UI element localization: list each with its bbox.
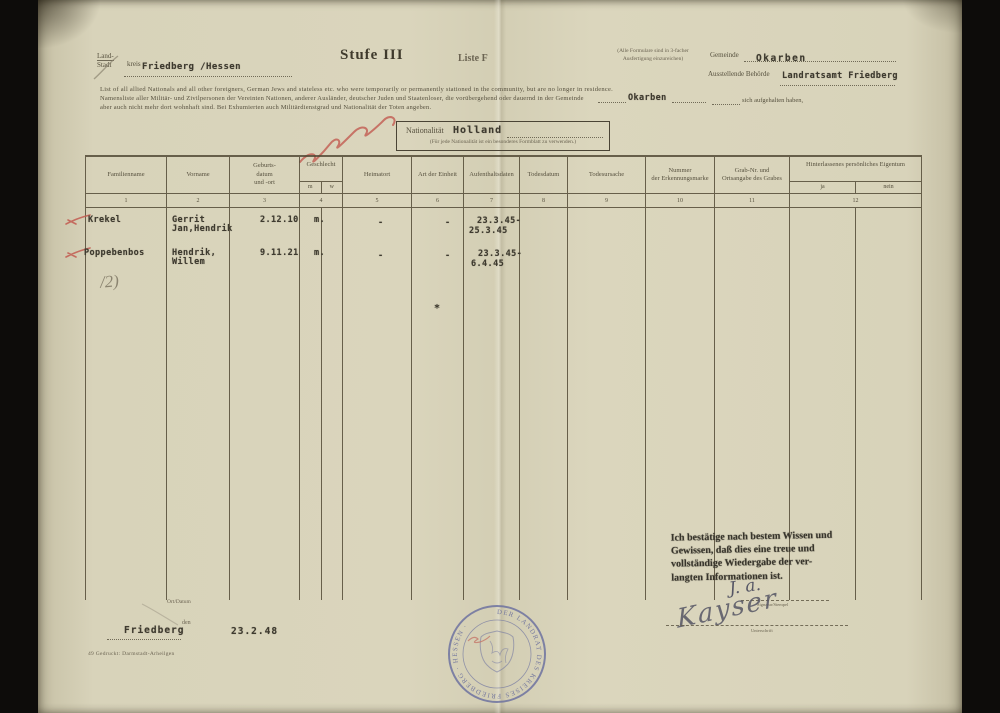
gemeinde-label: Gemeinde: [710, 51, 739, 59]
table-body-column: [230, 208, 300, 600]
cell-geschlecht: m.: [314, 215, 325, 225]
pencil-page-note: /2): [99, 271, 120, 293]
intro-blank-rule-left: [598, 101, 626, 103]
table-body-column: [322, 208, 343, 600]
intro-gemeinde-value: Okarben: [628, 93, 667, 103]
cell-aufenthalt-von: 23.3.45-: [477, 216, 521, 226]
col-num: 8: [520, 194, 568, 207]
official-seal-stamp: DER LANDRAT DES KREISES FRIEDBERG · HESS…: [444, 601, 550, 707]
typed-asterisk: *: [434, 303, 440, 314]
sex-subheader: m w: [300, 181, 342, 193]
cell-familienname: Poppebenbos: [84, 248, 145, 258]
intro-line-english: List of all allied Nationals and all oth…: [100, 86, 613, 93]
col-header-aufenthaltsdaten: Aufenthaltsdaten: [464, 157, 520, 193]
footer-place-value: Friedberg: [124, 625, 184, 636]
col-num: 9: [568, 194, 646, 207]
cell-heimatort: -: [378, 218, 384, 228]
footer-date-value: 23.2.48: [231, 626, 278, 637]
cell-familienname: Krekel: [88, 215, 121, 225]
col-header-todesdatum: Todesdatum: [520, 157, 568, 193]
sex-male-label: m: [300, 182, 322, 193]
cell-geburtsdatum: 2.12.10: [260, 215, 299, 225]
col-header-erkennungsmarke: Nummer der Erkennungsmarke: [646, 157, 715, 193]
nationality-value: Holland: [453, 125, 502, 136]
signature-label: Unterschrift: [751, 628, 773, 633]
signature-rule: [666, 625, 848, 626]
scan-shadow-top-right: [902, 0, 962, 34]
table-body-column: [85, 208, 167, 600]
col-header-heimatort: Heimatort: [343, 157, 412, 193]
table-body-column: [412, 208, 464, 600]
kreis-label: kreis: [127, 60, 141, 68]
footer-place-rule: [107, 638, 181, 640]
pencil-strike-mark: [90, 54, 122, 82]
cell-aufenthalt-bis: 6.4.45: [471, 259, 504, 269]
nationality-rule: [507, 136, 603, 138]
cell-heimatort: -: [378, 251, 384, 261]
col-num: 6: [412, 194, 464, 207]
scanned-document-page: Stufe III Liste F (Alle Formulare sind i…: [0, 0, 1000, 713]
col-header-todesursache: Todesursache: [568, 157, 646, 193]
cell-vorname: Willem: [172, 257, 205, 267]
kreis-value: Friedberg /Hessen: [142, 62, 241, 72]
col-header-geburtsdatum: Geburts- datum und -ort: [230, 157, 300, 193]
nationality-note: (Für jede Nationalität ist ein besondere…: [397, 139, 609, 145]
behoerde-value: Landratsamt Friedberg: [782, 71, 898, 81]
intro-line-german: Namensliste aller Militär- und Zivilpers…: [100, 95, 584, 102]
col-num: 10: [646, 194, 715, 207]
eigentum-nein-label: nein: [856, 182, 921, 193]
footer-den-label: den: [182, 620, 191, 626]
col-num: 2: [167, 194, 230, 207]
cell-aufenthalt-von: 23.3.45-: [478, 249, 522, 259]
cell-vorname: Jan,Hendrik: [172, 224, 233, 234]
col-header-grab: Grab-Nr. und Ortsangabe des Grabes: [715, 157, 790, 193]
col-num: 12: [790, 194, 922, 207]
nationality-box: Nationalität Holland (Für jede Nationali…: [396, 121, 610, 151]
col-num: 1: [85, 194, 167, 207]
cell-einheit: -: [445, 218, 451, 228]
liste-label: Liste F: [458, 53, 488, 64]
svg-text:DER LANDRAT DES KREISES FRIEDB: DER LANDRAT DES KREISES FRIEDBERG · HESS…: [452, 609, 542, 699]
col-num: 5: [343, 194, 412, 207]
printer-mark: 49 Gedruckt: Darmstadt-Arheilgen: [88, 651, 175, 657]
nationality-label: Nationalität: [406, 126, 444, 135]
table-body-column: [856, 208, 922, 600]
behoerde-rule: [780, 84, 895, 86]
col-num: 11: [715, 194, 790, 207]
col-header-geschlecht: Geschlecht m w: [300, 157, 343, 193]
table-body-column: [300, 208, 322, 600]
col-header-eigentum: Hinterlassenes persönliches Eigentum ja …: [790, 157, 922, 193]
kreis-rule: [124, 75, 292, 77]
sex-female-label: w: [322, 182, 343, 193]
intro-blank-rule-right: [672, 101, 706, 103]
col-num: 4: [300, 194, 343, 207]
table-column-numbers: 1 2 3 4 5 6 7 8 9 10 11 12: [85, 194, 922, 208]
eigentum-subheader: ja nein: [790, 181, 921, 193]
copies-note: (Alle Formulare sind in 3-facher Ausfert…: [588, 47, 718, 64]
cell-geburtsdatum: 9.11.21: [260, 248, 299, 258]
intro-cont-rule: [712, 103, 740, 105]
gemeinde-value: Okarben: [756, 53, 807, 64]
col-header-vorname: Vorname: [167, 157, 230, 193]
table-body-column: [568, 208, 646, 600]
table-body-column: [520, 208, 568, 600]
cell-aufenthalt-bis: 25.3.45: [469, 226, 508, 236]
col-header-einheit: Art der Einheit: [412, 157, 464, 193]
col-header-familienname: Familienname: [85, 157, 167, 193]
table-body-column: [343, 208, 412, 600]
eigentum-ja-label: ja: [790, 182, 856, 193]
col-num: 7: [464, 194, 520, 207]
behoerde-label: Ausstellende Behörde: [708, 70, 770, 78]
scan-shadow-top-left: [38, 0, 100, 48]
cell-einheit: -: [445, 251, 451, 261]
table-header-row: Familienname Vorname Geburts- datum und …: [85, 155, 922, 194]
certification-statement: Ich bestätige nach bestem Wissen und Gew…: [671, 528, 862, 584]
red-mark-in-stamp: [468, 636, 490, 643]
form-grade-title: Stufe III: [340, 47, 404, 64]
cell-geschlecht: m.: [314, 248, 325, 258]
intro-line-german-cont: sich aufgehalten haben,: [742, 97, 803, 104]
col-num: 3: [230, 194, 300, 207]
pencil-stroke: [138, 600, 182, 628]
stamp-ring-text: DER LANDRAT DES KREISES FRIEDBERG · HESS…: [452, 609, 542, 699]
